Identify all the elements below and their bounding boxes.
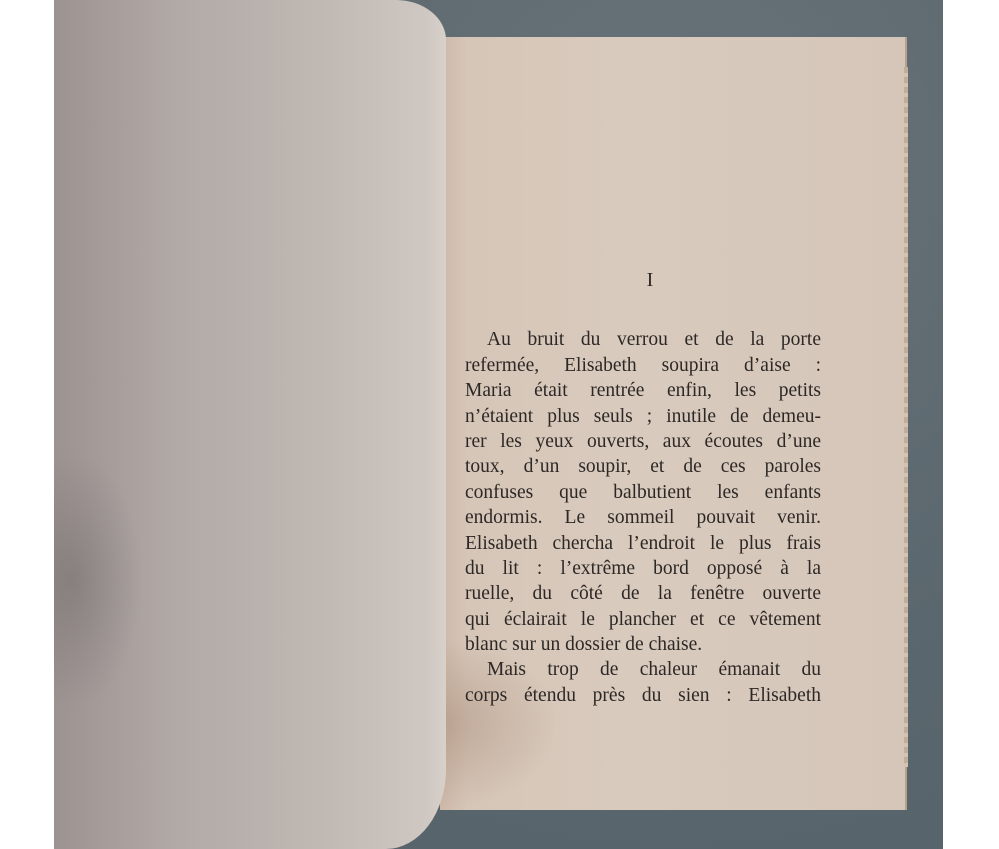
text-line: corps étendu près du sien : Elisabeth xyxy=(465,683,821,708)
text-line: refermée, Elisabeth soupira d’aise : xyxy=(465,353,821,378)
book-photo: I Au bruit du verrou et de la porte refe… xyxy=(54,0,943,849)
text-line: du lit : l’extrême bord opposé à la xyxy=(465,556,821,581)
left-page-blank xyxy=(54,0,446,849)
page-text: I Au bruit du verrou et de la porte refe… xyxy=(465,268,821,708)
text-line: n’étaient plus seuls ; inutile de demeu- xyxy=(465,404,821,429)
text-line: Elisabeth chercha l’endroit le plus frai… xyxy=(465,531,821,556)
text-line: blanc sur un dossier de chaise. xyxy=(465,632,821,657)
text-line: Maria était rentrée enfin, les petits xyxy=(465,378,821,403)
text-line: Au bruit du verrou et de la porte xyxy=(465,327,821,352)
text-line: endormis. Le sommeil pouvait venir. xyxy=(465,505,821,530)
chapter-number: I xyxy=(479,268,821,293)
text-line: confuses que balbutient les enfants xyxy=(465,480,821,505)
text-line: rer les yeux ouverts, aux écoutes d’une xyxy=(465,429,821,454)
text-line: Mais trop de chaleur émanait du xyxy=(465,657,821,682)
text-line: toux, d’un soupir, et de ces paroles xyxy=(465,454,821,479)
text-line: ruelle, du côté de la fenêtre ouverte xyxy=(465,581,821,606)
text-line: qui éclairait le plancher et ce vêtement xyxy=(465,607,821,632)
